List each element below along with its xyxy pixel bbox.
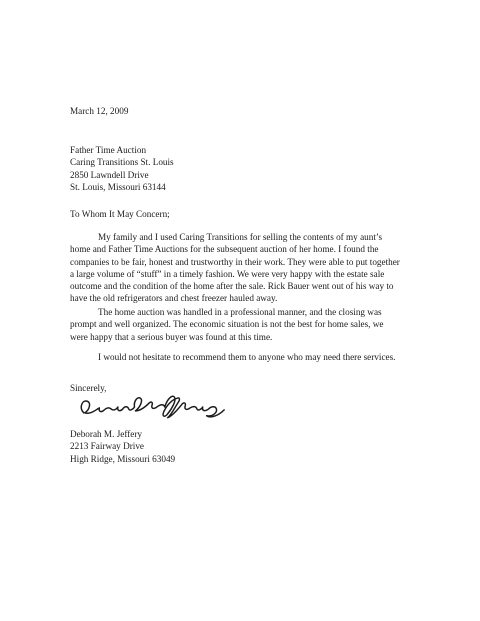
body-paragraph-2: The home auction was handled in a profes…	[70, 306, 384, 343]
sender-address: Deborah M. Jeffery 2213 Fairway Drive Hi…	[70, 428, 175, 465]
recipient-address: Father Time Auction Caring Transitions S…	[70, 144, 174, 193]
sender-name: Deborah M. Jeffery	[70, 428, 175, 440]
salutation: To Whom It May Concern;	[70, 208, 170, 220]
recipient-line: St. Louis, Missouri 63144	[70, 181, 174, 193]
paragraph-line: prompt and well organized. The economic …	[70, 318, 384, 330]
sender-line: High Ridge, Missouri 63049	[70, 453, 175, 465]
recipient-line: Father Time Auction	[70, 144, 174, 156]
paragraph-line: were happy that a serious buyer was foun…	[70, 331, 384, 343]
paragraph-line: a large volume of “stuff” in a timely fa…	[70, 268, 400, 280]
recipient-line: Caring Transitions St. Louis	[70, 156, 174, 168]
paragraph-line: My family and I used Caring Transitions …	[70, 231, 400, 243]
paragraph-line: have the old refrigerators and chest fre…	[70, 292, 400, 304]
paragraph-line: home and Father Time Auctions for the su…	[70, 243, 400, 255]
recipient-line: 2850 Lawndell Drive	[70, 169, 174, 181]
body-paragraph-1: My family and I used Caring Transitions …	[70, 231, 400, 305]
signature-image	[76, 388, 232, 424]
paragraph-line: I would not hesitate to recommend them t…	[70, 351, 395, 363]
sender-line: 2213 Fairway Drive	[70, 440, 175, 452]
paragraph-line: companies to be fair, honest and trustwo…	[70, 256, 400, 268]
paragraph-line: The home auction was handled in a profes…	[70, 306, 384, 318]
body-paragraph-3: I would not hesitate to recommend them t…	[70, 351, 395, 363]
paragraph-line: outcome and the condition of the home af…	[70, 280, 400, 292]
letter-date: March 12, 2009	[70, 105, 128, 117]
letter-page: March 12, 2009 Father Time Auction Carin…	[0, 0, 480, 621]
